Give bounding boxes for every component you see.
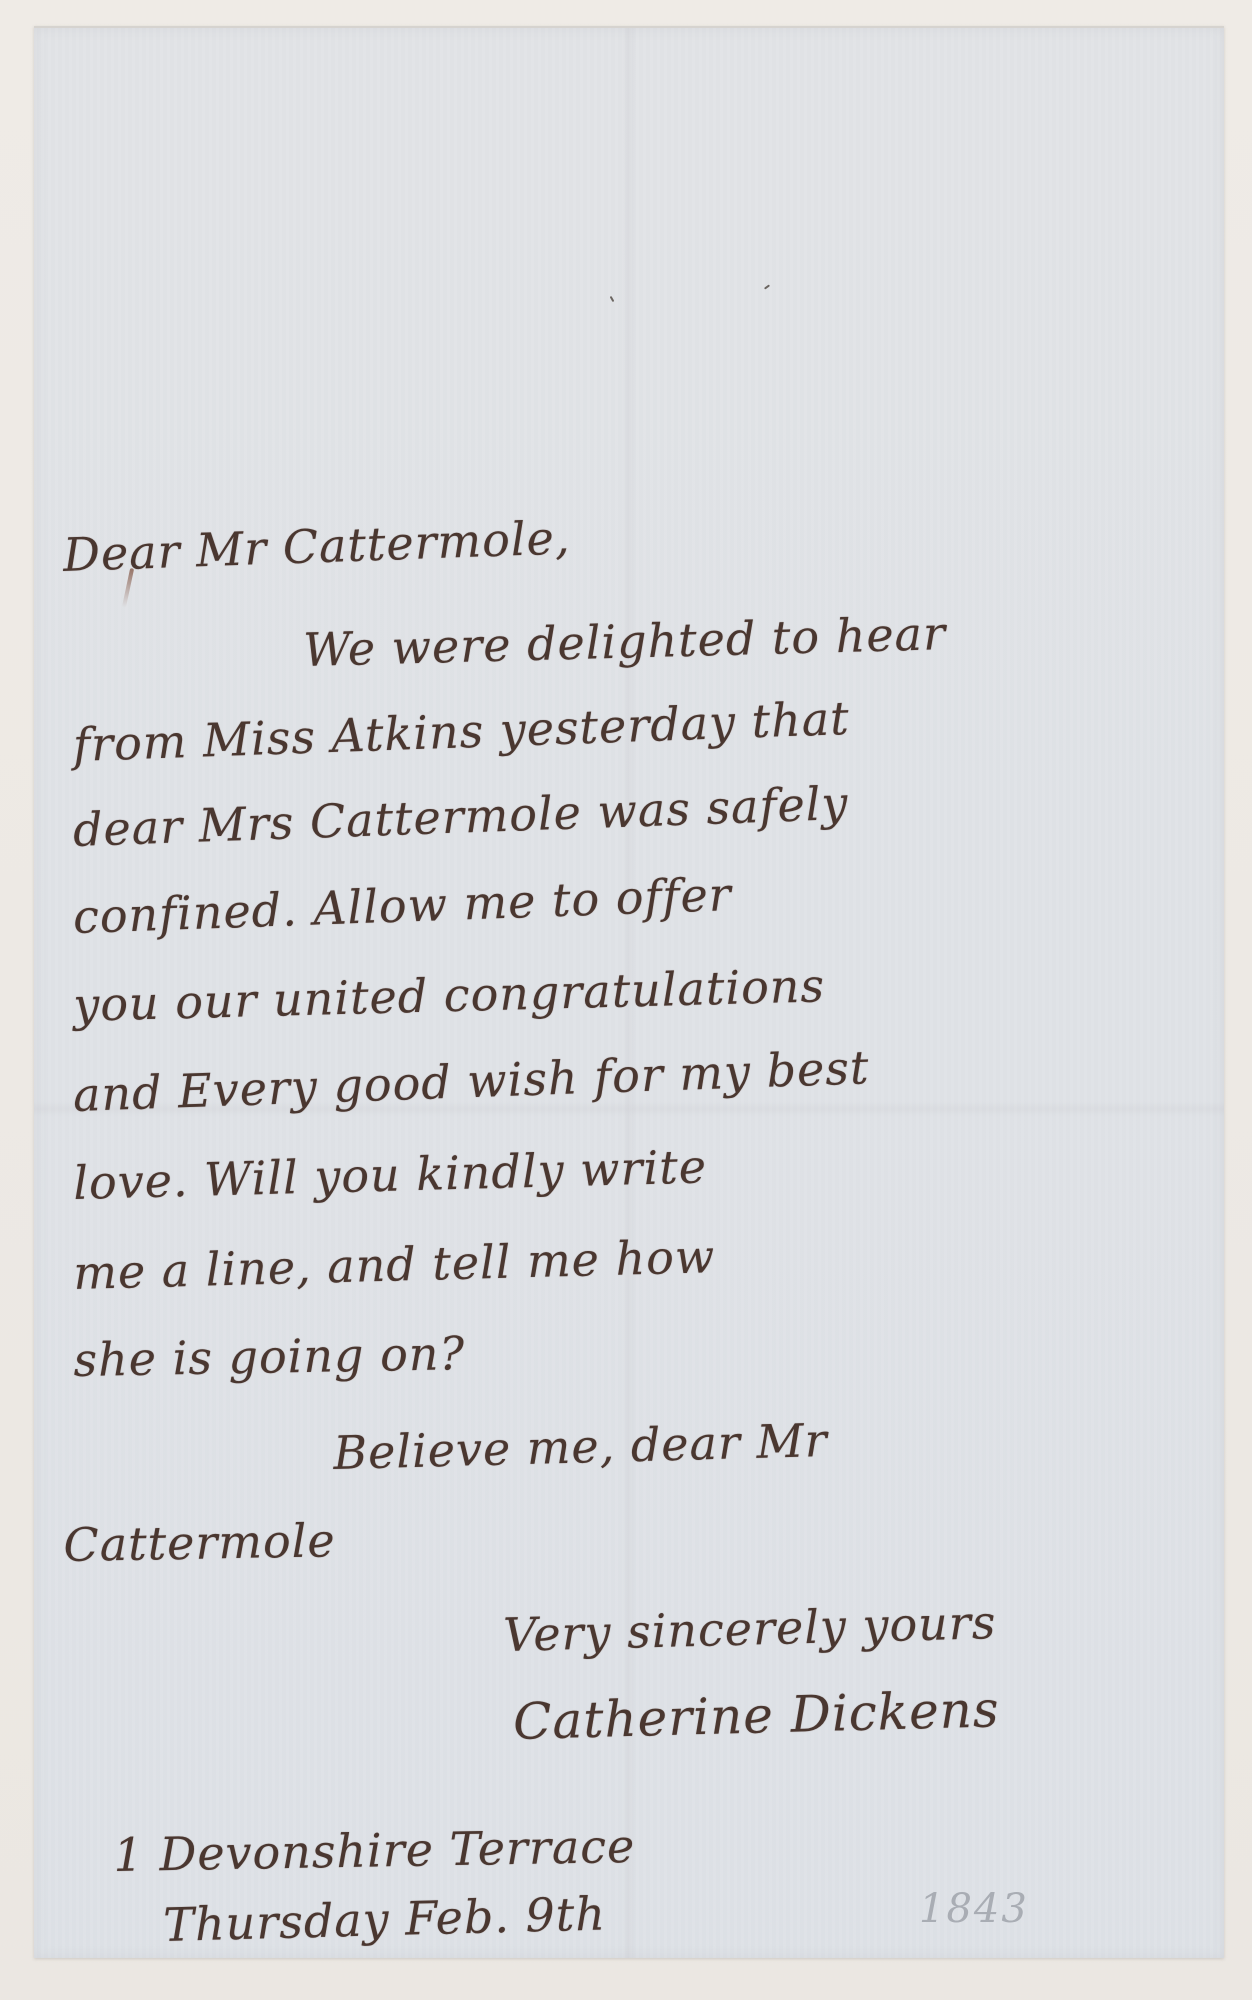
body-line: from Miss Atkins yesterday that <box>72 691 850 772</box>
body-line: dear Mrs Cattermole was safely <box>72 776 849 857</box>
ink-speck <box>610 296 615 302</box>
date-line: Thursday Feb. 9th <box>163 1886 607 1952</box>
body-line: and Every good wish for my best <box>72 1040 870 1122</box>
body-line: me a line, and tell me how <box>73 1229 716 1300</box>
body-line: love. Will you kindly write <box>73 1139 708 1210</box>
ink-speck <box>764 284 770 289</box>
signature: Catherine Dickens <box>512 1680 1000 1751</box>
address-line: 1 Devonshire Terrace <box>113 1819 636 1882</box>
closing-line: Very sincerely yours <box>503 1595 997 1662</box>
letter-paper: Dear Mr Cattermole, We were delighted to… <box>34 26 1224 1958</box>
body-line: We were delighted to hear <box>303 606 947 677</box>
body-line: she is going on? <box>73 1326 465 1387</box>
body-line: confined. Allow me to offer <box>72 867 732 944</box>
closing-line: Cattermole <box>63 1513 336 1572</box>
closing-line: Believe me, dear Mr <box>333 1413 829 1480</box>
salutation: Dear Mr Cattermole, <box>62 510 571 582</box>
pencil-year-annotation: 1843 <box>919 1886 1029 1932</box>
body-line: you our united congratulations <box>73 958 826 1032</box>
